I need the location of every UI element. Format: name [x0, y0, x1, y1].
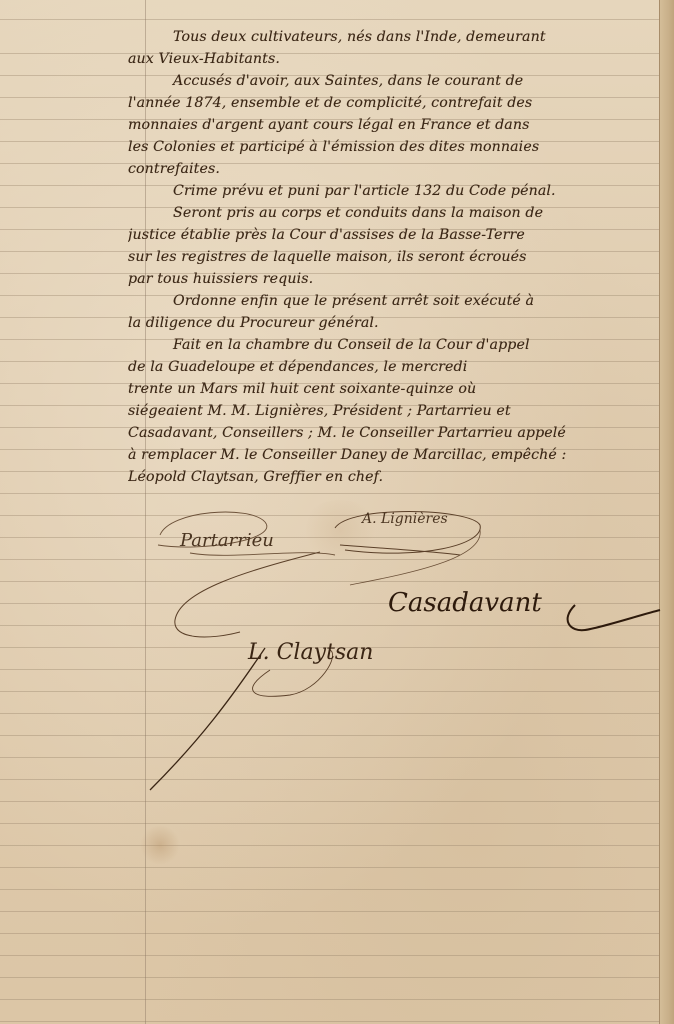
signature-partarrieu: Partarrieu: [180, 530, 274, 551]
signature-claytsan: L. Claytsan: [248, 640, 373, 665]
signature-flourishes: [0, 0, 674, 1024]
signature-lignieres: A. Lignières: [362, 511, 448, 527]
manuscript-page: Tous deux cultivateurs, nés dans l'Inde,…: [0, 0, 674, 1024]
signature-casadavant: Casadavant: [388, 588, 542, 618]
